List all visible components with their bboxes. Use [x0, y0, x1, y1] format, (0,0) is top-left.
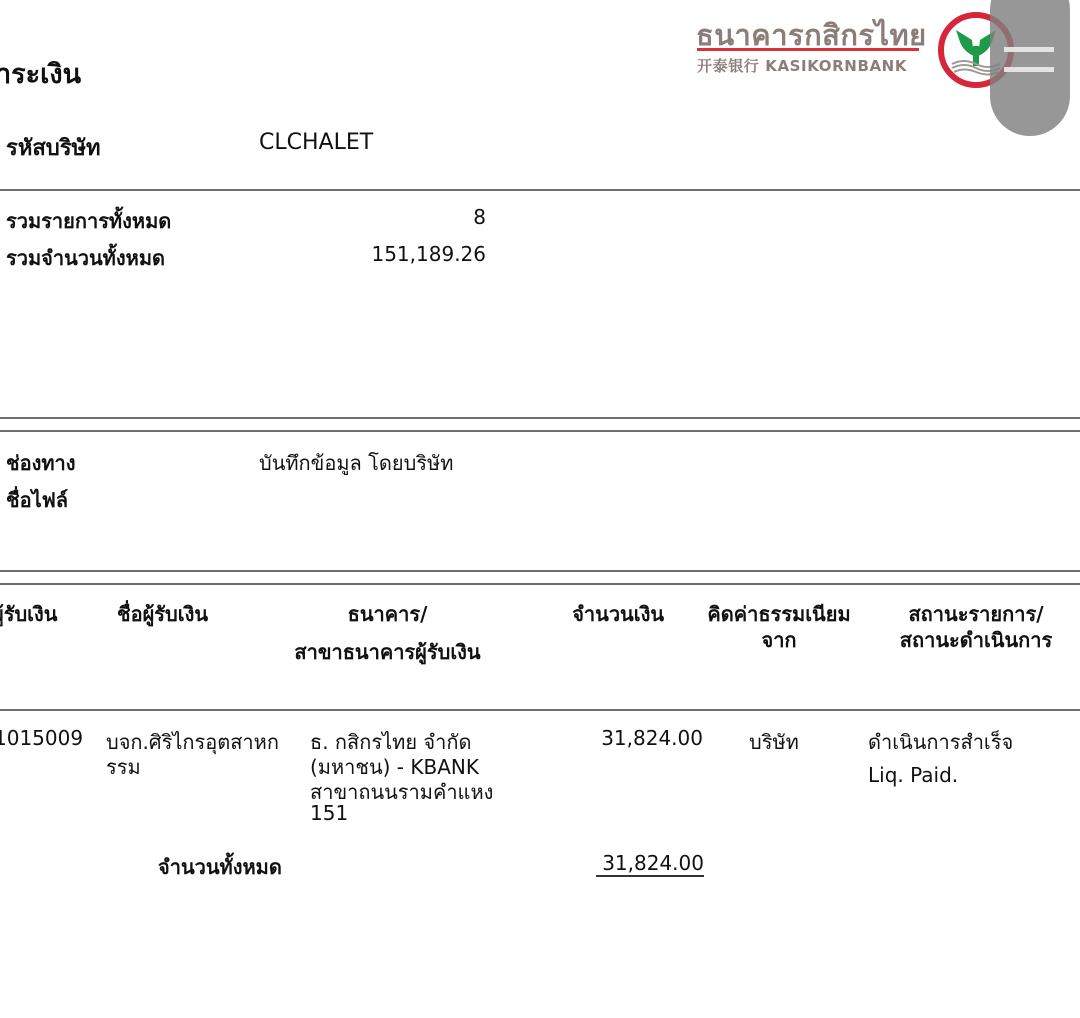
channel-label: ช่องทาง	[6, 447, 76, 479]
cell-status-detail: Liq. Paid.	[868, 763, 958, 787]
bank-logo-english-text: 开泰银行 KASIKORNBANK	[697, 55, 907, 76]
divider	[0, 189, 1080, 191]
total-items-label: รวมรายการทั้งหมด	[6, 205, 171, 237]
bank-logo-thai-text: ธนาคารกสิกรไทย	[696, 12, 927, 58]
company-code-label: รหัสบริษัท	[6, 130, 101, 165]
channel-value: บันทึกข้อมูล โดยบริษัท	[259, 447, 453, 479]
file-name-label: ชื่อไฟล์	[6, 484, 68, 516]
divider	[0, 417, 1080, 419]
column-header-payee-name: ชื่อผู้รับเงิน	[117, 598, 208, 630]
menu-button[interactable]	[990, 0, 1070, 136]
total-amount-value: 151,189.26	[300, 242, 486, 266]
company-code-value: CLCHALET	[259, 130, 373, 155]
column-header-bank: ธนาคาร/	[270, 598, 505, 630]
logo-divider	[697, 48, 919, 51]
total-items-value: 8	[300, 205, 486, 229]
cell-amount: 31,824.00	[560, 726, 703, 750]
divider	[0, 709, 1080, 711]
column-header-fee-from-2: จาก	[694, 624, 864, 656]
cell-fee-from: บริษัท	[749, 726, 799, 758]
page-title: าระเงิน	[0, 52, 81, 95]
payment-detail-page: าระเงิน ธนาคารกสิกรไทย 开泰银行 KASIKORNBANK…	[0, 0, 1080, 1018]
column-header-status-2: สถานะดำเนินการ	[880, 624, 1072, 656]
column-header-payee-id: ผู้รับเงิน	[0, 598, 57, 630]
total-amount-label: รวมจำนวนทั้งหมด	[6, 242, 165, 274]
divider	[0, 583, 1080, 585]
column-header-bank-branch: สาขาธนาคารผู้รับเงิน	[270, 636, 505, 668]
hamburger-menu-icon	[1004, 47, 1054, 52]
cell-payee-name-cont: รรม	[106, 751, 141, 783]
column-header-amount: จำนวนเงิน	[540, 598, 664, 630]
table-total-value: 31,824.00	[596, 851, 704, 877]
cell-payee-id: 1015009	[0, 726, 83, 750]
cell-status: ดำเนินการสำเร็จ	[868, 726, 1013, 758]
hamburger-menu-icon-bar	[1004, 67, 1054, 72]
table-total-label: จำนวนทั้งหมด	[158, 851, 282, 883]
divider	[0, 570, 1080, 572]
cell-bank-line4: 151	[310, 801, 348, 825]
divider	[0, 430, 1080, 432]
